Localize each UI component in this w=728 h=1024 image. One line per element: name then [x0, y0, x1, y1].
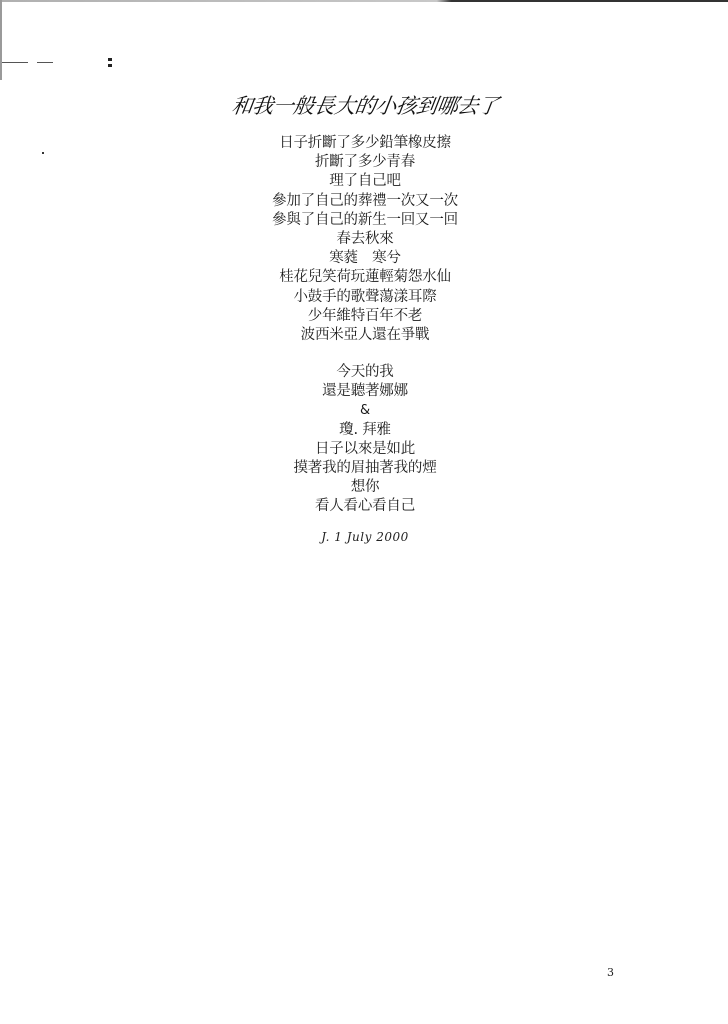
poem-line: 寒蕤 寒兮 — [250, 249, 480, 268]
poem-line: 看人看心看自己 — [250, 497, 480, 516]
signature-date: J. 1 July 2000 — [310, 530, 420, 544]
poem-line: 小鼓手的歌聲蕩漾耳際 — [250, 288, 480, 307]
scan-artifact-dash — [2, 62, 28, 63]
poem-line: 日子以來是如此 — [250, 440, 480, 459]
poem-line-ampersand: & — [250, 401, 480, 420]
poem-line: 春去秋來 — [250, 230, 480, 249]
page-number: 3 — [607, 966, 614, 979]
poem-line: 今天的我 — [250, 363, 480, 382]
scan-artifact-mark — [108, 58, 112, 68]
scan-top-edge — [0, 0, 728, 2]
scan-artifact-dash — [37, 62, 53, 63]
poem-line: 參與了自己的新生一回又一回 — [250, 211, 480, 230]
poem-line: 折斷了多少青春 — [250, 153, 480, 172]
poem-line: 波西米亞人還在爭戰 — [250, 326, 480, 345]
scan-left-edge — [0, 0, 2, 80]
poem-line: 瓊. 拜雅 — [250, 421, 480, 440]
poem-line: 桂花兒笑荷玩蓮輕菊怨水仙 — [250, 268, 480, 287]
poem-line: 想你 — [250, 478, 480, 497]
scan-artifact-dot — [42, 152, 44, 154]
poem-line: 還是聽著娜娜 — [250, 382, 480, 401]
poem-line: 理了自己吧 — [250, 172, 480, 191]
poem-line: 日子折斷了多少鉛筆橡皮擦 — [250, 134, 480, 153]
poem-line: 參加了自己的葬禮一次又一次 — [250, 192, 480, 211]
poem-title: 和我一般長大的小孩到哪去了 — [230, 90, 499, 120]
poem-stanza-1: 日子折斷了多少鉛筆橡皮擦 折斷了多少青春 理了自己吧 參加了自己的葬禮一次又一次… — [250, 134, 480, 345]
poem-line: 少年維特百年不老 — [250, 307, 480, 326]
poem-line: 摸著我的眉抽著我的煙 — [250, 459, 480, 478]
poem-stanza-2: 今天的我 還是聽著娜娜 & 瓊. 拜雅 日子以來是如此 摸著我的眉抽著我的煙 想… — [250, 363, 480, 517]
